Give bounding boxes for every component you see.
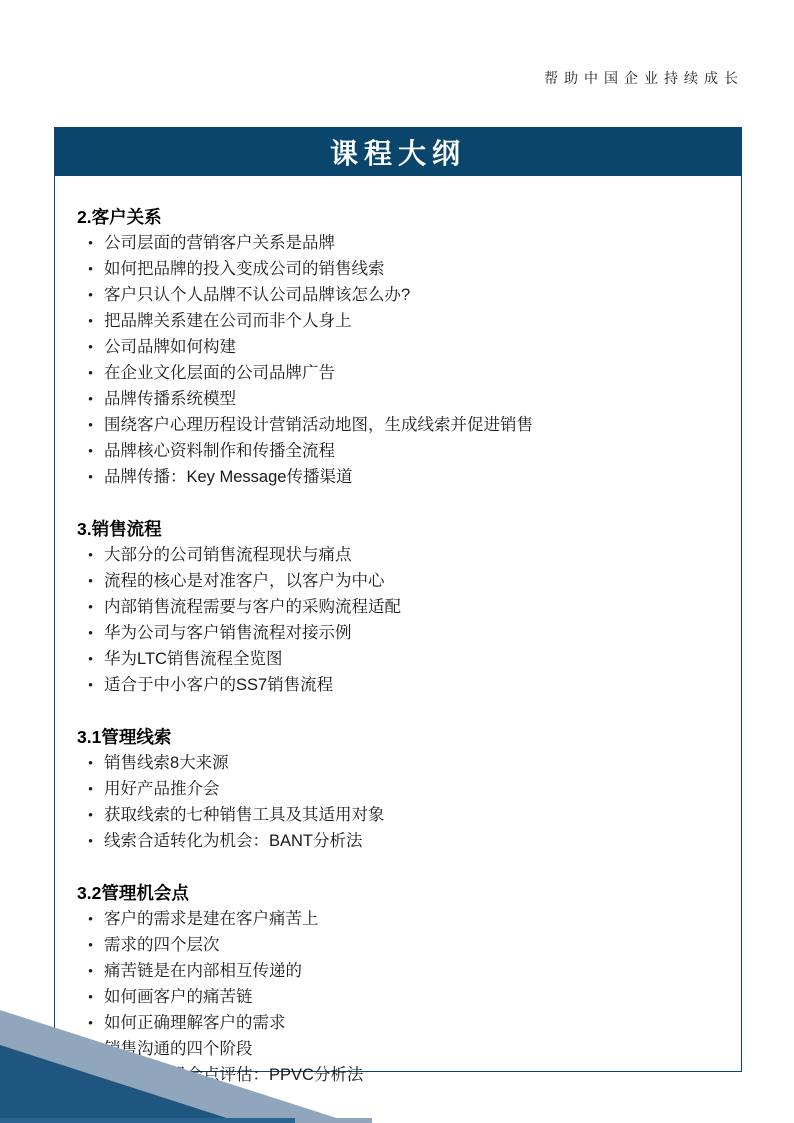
- bullet-icon: •: [77, 932, 104, 958]
- list-item-text: 获取线索的七种销售工具及其适用对象: [104, 802, 715, 828]
- list-item-text: 内部销售流程需要与客户的采购流程适配: [104, 594, 715, 620]
- list-item-text: 客户的需求是建在客户痛苦上: [104, 906, 715, 932]
- section-heading: 3.销售流程: [77, 516, 715, 542]
- list-item: •线索合适转化为机会：BANT分析法: [77, 828, 715, 854]
- bullet-list: •公司层面的营销客户关系是品牌•如何把品牌的投入变成公司的销售线索•客户只认个人…: [77, 230, 715, 490]
- decorative-bottom-strip-dark: [0, 1118, 295, 1123]
- list-item: •客户只认个人品牌不认公司品牌该怎么办?: [77, 282, 715, 308]
- list-item-text: 销售沟通的四个阶段: [104, 1036, 715, 1062]
- bullet-icon: •: [77, 646, 104, 672]
- list-item: •内部销售流程需要与客户的采购流程适配: [77, 594, 715, 620]
- list-item: •痛苦链是在内部相互传递的: [77, 958, 715, 984]
- bullet-icon: •: [77, 568, 104, 594]
- list-item: •如何正确理解客户的需求: [77, 1010, 715, 1036]
- list-item-text: 品牌核心资料制作和传播全流程: [104, 438, 715, 464]
- section-heading: 3.2管理机会点: [77, 880, 715, 906]
- bullet-icon: •: [77, 308, 104, 334]
- bullet-icon: •: [77, 776, 104, 802]
- outline-section: 3.1管理线索•销售线索8大来源•用好产品推介会•获取线索的七种销售工具及其适用…: [77, 724, 715, 854]
- list-item-text: 需求的四个层次: [104, 932, 715, 958]
- list-item-text: 公司品牌如何构建: [104, 334, 715, 360]
- list-item: •公司品牌如何构建: [77, 334, 715, 360]
- list-item: •获取线索的七种销售工具及其适用对象: [77, 802, 715, 828]
- list-item-text: 用好产品推介会: [104, 776, 715, 802]
- list-item-text: 大部分的公司销售流程现状与痛点: [104, 542, 715, 568]
- bullet-icon: •: [77, 828, 104, 854]
- bullet-list: •客户的需求是建在客户痛苦上•需求的四个层次•痛苦链是在内部相互传递的•如何画客…: [77, 906, 715, 1088]
- bullet-icon: •: [77, 256, 104, 282]
- list-item-text: 公司层面的营销客户关系是品牌: [104, 230, 715, 256]
- bullet-icon: •: [77, 412, 104, 438]
- outline-section: 3.销售流程•大部分的公司销售流程现状与痛点•流程的核心是对准客户，以客户为中心…: [77, 516, 715, 698]
- list-item: •销售线索8大来源: [77, 750, 715, 776]
- document-page: { "page": { "tagline": "帮助中国企业持续成长", "ti…: [0, 0, 794, 1123]
- list-item: •围绕客户心理历程设计营销活动地图，生成线索并促进销售: [77, 412, 715, 438]
- bullet-icon: •: [77, 958, 104, 984]
- bullet-icon: •: [77, 906, 104, 932]
- bullet-icon: •: [77, 438, 104, 464]
- list-item-text: 华为LTC销售流程全览图: [104, 646, 715, 672]
- bullet-icon: •: [77, 620, 104, 646]
- bullet-list: •大部分的公司销售流程现状与痛点•流程的核心是对准客户，以客户为中心•内部销售流…: [77, 542, 715, 698]
- list-item: •公司层面的营销客户关系是品牌: [77, 230, 715, 256]
- list-item: •品牌传播系统模型: [77, 386, 715, 412]
- list-item: •品牌核心资料制作和传播全流程: [77, 438, 715, 464]
- list-item-text: 围绕客户心理历程设计营销活动地图，生成线索并促进销售: [104, 412, 715, 438]
- title-bar: 课程大纲: [55, 128, 741, 176]
- list-item: •适合于中小客户的SS7销售流程: [77, 672, 715, 698]
- list-item-text: 流程的核心是对准客户，以客户为中心: [104, 568, 715, 594]
- bullet-list: •销售线索8大来源•用好产品推介会•获取线索的七种销售工具及其适用对象•线索合适…: [77, 750, 715, 854]
- bullet-icon: •: [77, 1010, 104, 1036]
- bullet-icon: •: [77, 672, 104, 698]
- list-item-text: 如何正确理解客户的需求: [104, 1010, 715, 1036]
- bullet-icon: •: [77, 334, 104, 360]
- bullet-icon: •: [77, 360, 104, 386]
- list-item-text: 客户只认个人品牌不认公司品牌该怎么办?: [104, 282, 715, 308]
- list-item-text: 销售线索8大来源: [104, 750, 715, 776]
- list-item-text: 痛苦链是在内部相互传递的: [104, 958, 715, 984]
- list-item: •华为公司与客户销售流程对接示例: [77, 620, 715, 646]
- list-item-text: 在企业文化层面的公司品牌广告: [104, 360, 715, 386]
- list-item: •如何把品牌的投入变成公司的销售线索: [77, 256, 715, 282]
- bullet-icon: •: [77, 542, 104, 568]
- bullet-icon: •: [77, 1062, 104, 1088]
- bullet-icon: •: [77, 984, 104, 1010]
- list-item-text: 把品牌关系建在公司而非个人身上: [104, 308, 715, 334]
- section-heading: 3.1管理线索: [77, 724, 715, 750]
- list-item: •销售沟通的四个阶段: [77, 1036, 715, 1062]
- list-item: •需求的四个层次: [77, 932, 715, 958]
- header-tagline: 帮助中国企业持续成长: [544, 68, 744, 88]
- list-item-text: 如何进行机会点评估：PPVC分析法: [104, 1062, 715, 1088]
- list-item: •用好产品推介会: [77, 776, 715, 802]
- list-item: •如何进行机会点评估：PPVC分析法: [77, 1062, 715, 1088]
- bullet-icon: •: [77, 386, 104, 412]
- list-item-text: 品牌传播：Key Message传播渠道: [104, 464, 715, 490]
- list-item: •把品牌关系建在公司而非个人身上: [77, 308, 715, 334]
- outline-section: 2.客户关系•公司层面的营销客户关系是品牌•如何把品牌的投入变成公司的销售线索•…: [77, 204, 715, 490]
- list-item: •大部分的公司销售流程现状与痛点: [77, 542, 715, 568]
- decorative-bottom-strip-light: [0, 1118, 372, 1123]
- list-item-text: 适合于中小客户的SS7销售流程: [104, 672, 715, 698]
- list-item: •流程的核心是对准客户，以客户为中心: [77, 568, 715, 594]
- list-item-text: 如何画客户的痛苦链: [104, 984, 715, 1010]
- list-item: •品牌传播：Key Message传播渠道: [77, 464, 715, 490]
- bullet-icon: •: [77, 1036, 104, 1062]
- list-item-text: 品牌传播系统模型: [104, 386, 715, 412]
- list-item-text: 线索合适转化为机会：BANT分析法: [104, 828, 715, 854]
- bullet-icon: •: [77, 464, 104, 490]
- list-item: •在企业文化层面的公司品牌广告: [77, 360, 715, 386]
- list-item: •华为LTC销售流程全览图: [77, 646, 715, 672]
- list-item-text: 华为公司与客户销售流程对接示例: [104, 620, 715, 646]
- bullet-icon: •: [77, 594, 104, 620]
- outline-sections: 2.客户关系•公司层面的营销客户关系是品牌•如何把品牌的投入变成公司的销售线索•…: [55, 176, 741, 1088]
- section-heading: 2.客户关系: [77, 204, 715, 230]
- bullet-icon: •: [77, 282, 104, 308]
- page-title: 课程大纲: [330, 132, 466, 172]
- outline-frame: 课程大纲 2.客户关系•公司层面的营销客户关系是品牌•如何把品牌的投入变成公司的…: [54, 127, 742, 1072]
- bullet-icon: •: [77, 230, 104, 256]
- bullet-icon: •: [77, 750, 104, 776]
- bullet-icon: •: [77, 802, 104, 828]
- outline-section: 3.2管理机会点•客户的需求是建在客户痛苦上•需求的四个层次•痛苦链是在内部相互…: [77, 880, 715, 1088]
- list-item: •客户的需求是建在客户痛苦上: [77, 906, 715, 932]
- list-item-text: 如何把品牌的投入变成公司的销售线索: [104, 256, 715, 282]
- list-item: •如何画客户的痛苦链: [77, 984, 715, 1010]
